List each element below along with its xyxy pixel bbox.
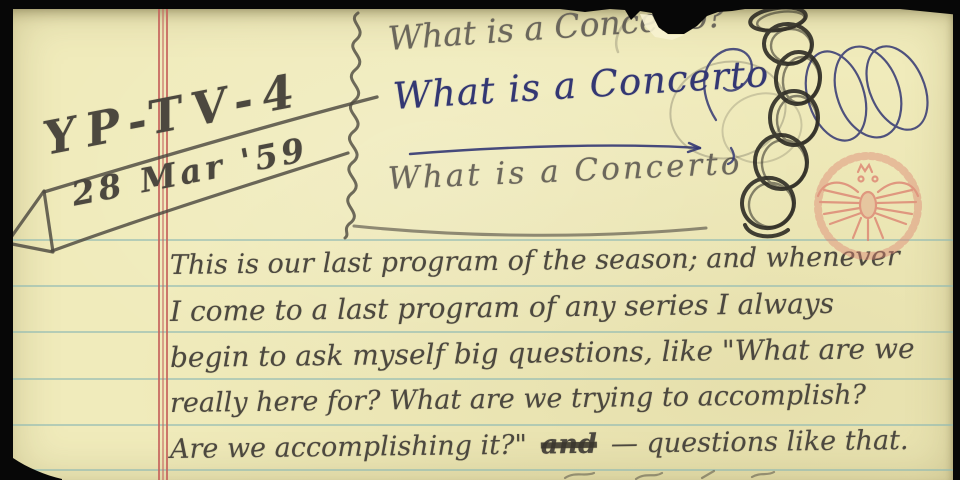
struck-word: and: [541, 429, 597, 461]
ruled-line: [13, 239, 953, 241]
margin-line: [166, 9, 168, 480]
margin-line: [162, 9, 164, 480]
margin-line: [158, 9, 160, 480]
ruled-line: [13, 469, 953, 471]
manuscript-line: really here for? What are we trying to a…: [170, 381, 866, 417]
manuscript-line: I come to a last program of any series I…: [170, 290, 834, 326]
manuscript-line-text: Are we accomplishing it?": [170, 430, 527, 465]
scanned-manuscript-page: YP-TV-4 28 Mar '59 What is a Concerto? W…: [0, 0, 960, 480]
manuscript-line-tail: — questions like that.: [611, 425, 909, 460]
